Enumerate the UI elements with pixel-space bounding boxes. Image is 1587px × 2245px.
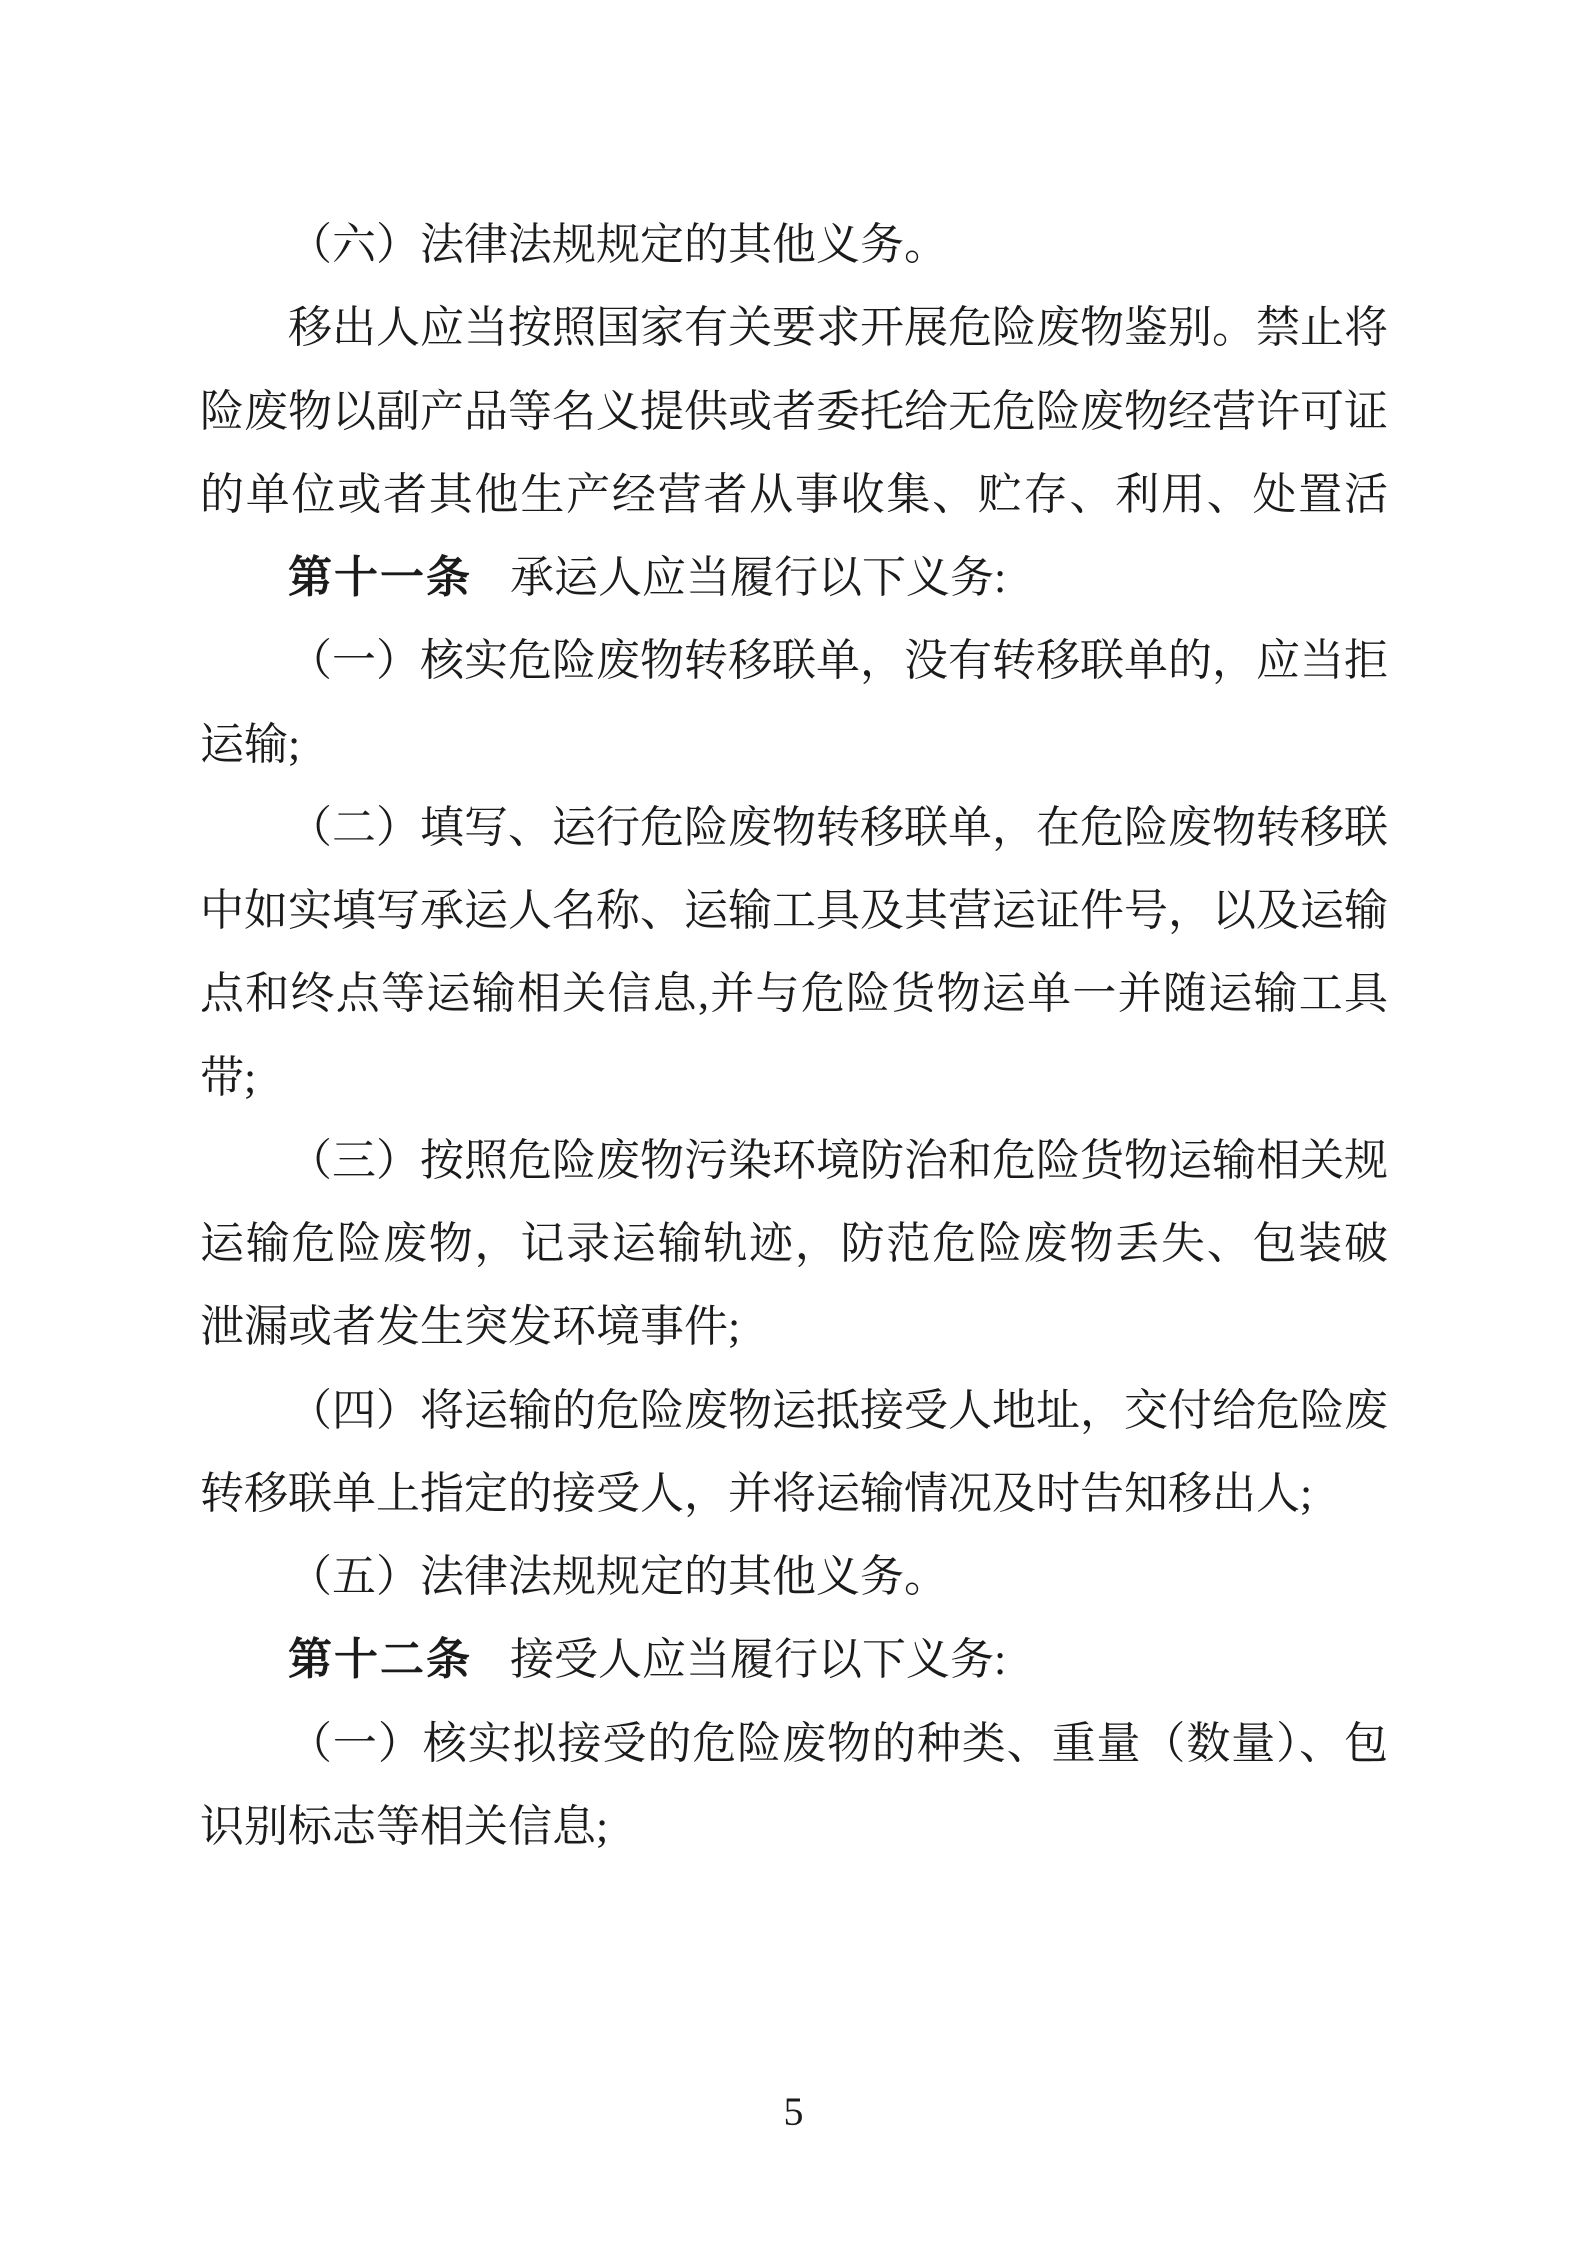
text-line: 泄漏或者发生突发环境事件; [200,1285,1388,1368]
text-line: 点和终点等运输相关信息,并与危险货物运单一并随运输工具携 [200,952,1388,1035]
document-page: （六）法律法规规定的其他义务。移出人应当按照国家有关要求开展危险废物鉴别。禁止将… [0,0,1587,2245]
text-line: （一）核实拟接受的危险废物的种类、重量（数量）、包装、 [200,1702,1388,1785]
line-text: 接受人应当履行以下义务: [510,1635,1006,1684]
text-line: 运输危险废物，记录运输轨迹，防范危险废物丢失、包装破损、 [200,1202,1388,1285]
text-line: 第十一条承运人应当履行以下义务: [200,536,1388,619]
text-line: 险废物以副产品等名义提供或者委托给无危险废物经营许可证 [200,370,1388,453]
text-line: （四）将运输的危险废物运抵接受人地址，交付给危险废物 [200,1369,1388,1452]
text-line: （三）按照危险废物污染环境防治和危险货物运输相关规定 [200,1119,1388,1202]
text-line: （二）填写、运行危险废物转移联单，在危险废物转移联单 [200,786,1388,869]
text-line: 带; [200,1036,1388,1119]
text-line: 移出人应当按照国家有关要求开展危险废物鉴别。禁止将危 [200,286,1388,369]
text-line: （一）核实危险废物转移联单，没有转移联单的，应当拒绝 [200,619,1388,702]
page-number: 5 [0,2082,1587,2142]
text-line: 中如实填写承运人名称、运输工具及其营运证件号，以及运输起 [200,869,1388,952]
article-number: 第十二条 [288,1635,472,1684]
text-line: 第十二条接受人应当履行以下义务: [200,1618,1388,1701]
text-line: （六）法律法规规定的其他义务。 [200,203,1388,286]
text-line: 运输; [200,703,1388,786]
text-line: 的单位或者其他生产经营者从事收集、贮存、利用、处置活动。 [200,453,1388,536]
article-number: 第十一条 [288,553,472,602]
line-text: 承运人应当履行以下义务: [510,553,1006,602]
document-body: （六）法律法规规定的其他义务。移出人应当按照国家有关要求开展危险废物鉴别。禁止将… [200,203,1388,1868]
text-line: 转移联单上指定的接受人，并将运输情况及时告知移出人; [200,1452,1388,1535]
text-line: 识别标志等相关信息; [200,1785,1388,1868]
text-line: （五）法律法规规定的其他义务。 [200,1535,1388,1618]
